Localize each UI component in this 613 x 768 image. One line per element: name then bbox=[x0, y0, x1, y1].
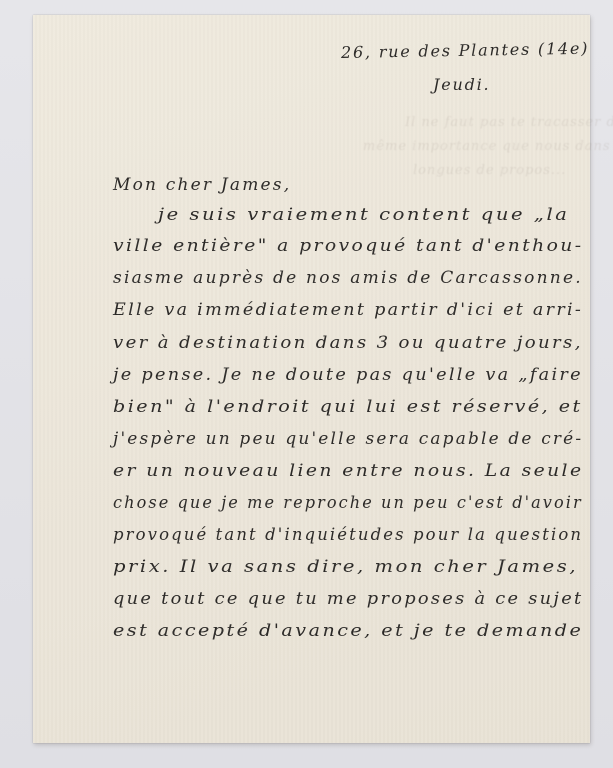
letter-sheet: Il ne faut pas te tracasser de fou la mê… bbox=[33, 15, 590, 743]
show-through-line: longues de propos... bbox=[413, 163, 566, 178]
body-line: Elle va immédiatement partir d'ici et ar… bbox=[113, 300, 583, 320]
body-line: ville entière" a provoqué tant d'enthou- bbox=[113, 236, 584, 256]
body-line: j'espère un peu qu'elle sera capable de … bbox=[113, 429, 583, 449]
body-line: siasme auprès de nos amis de Carcassonne… bbox=[113, 268, 583, 288]
body-line: provoqué tant d'inquiétudes pour la ques… bbox=[113, 525, 583, 545]
letter-date: Jeudi. bbox=[433, 75, 490, 94]
show-through-line: même importance que nous dans les bbox=[363, 139, 613, 154]
body-line: je suis vraiement content que „la bbox=[158, 205, 569, 225]
body-line: que tout ce que tu me proposes à ce suje… bbox=[113, 589, 583, 609]
body-line: prix. Il va sans dire, mon cher James, bbox=[113, 557, 578, 577]
body-line: er un nouveau lien entre nous. La seule bbox=[113, 461, 583, 481]
body-line: est accepté d'avance, et je te demande bbox=[113, 621, 583, 641]
letter-salutation: Mon cher James, bbox=[113, 175, 291, 195]
body-line: bien" à l'endroit qui lui est réservé, e… bbox=[113, 397, 583, 417]
letter-address: 26, rue des Plantes (14e) bbox=[341, 39, 590, 62]
body-line: je pense. Je ne doute pas qu'elle va „fa… bbox=[113, 365, 583, 385]
body-line: chose que je me reproche un peu c'est d'… bbox=[113, 493, 583, 513]
show-through-line: Il ne faut pas te tracasser de fou la bbox=[405, 115, 613, 130]
body-line: ver à destination dans 3 ou quatre jours… bbox=[113, 333, 583, 353]
